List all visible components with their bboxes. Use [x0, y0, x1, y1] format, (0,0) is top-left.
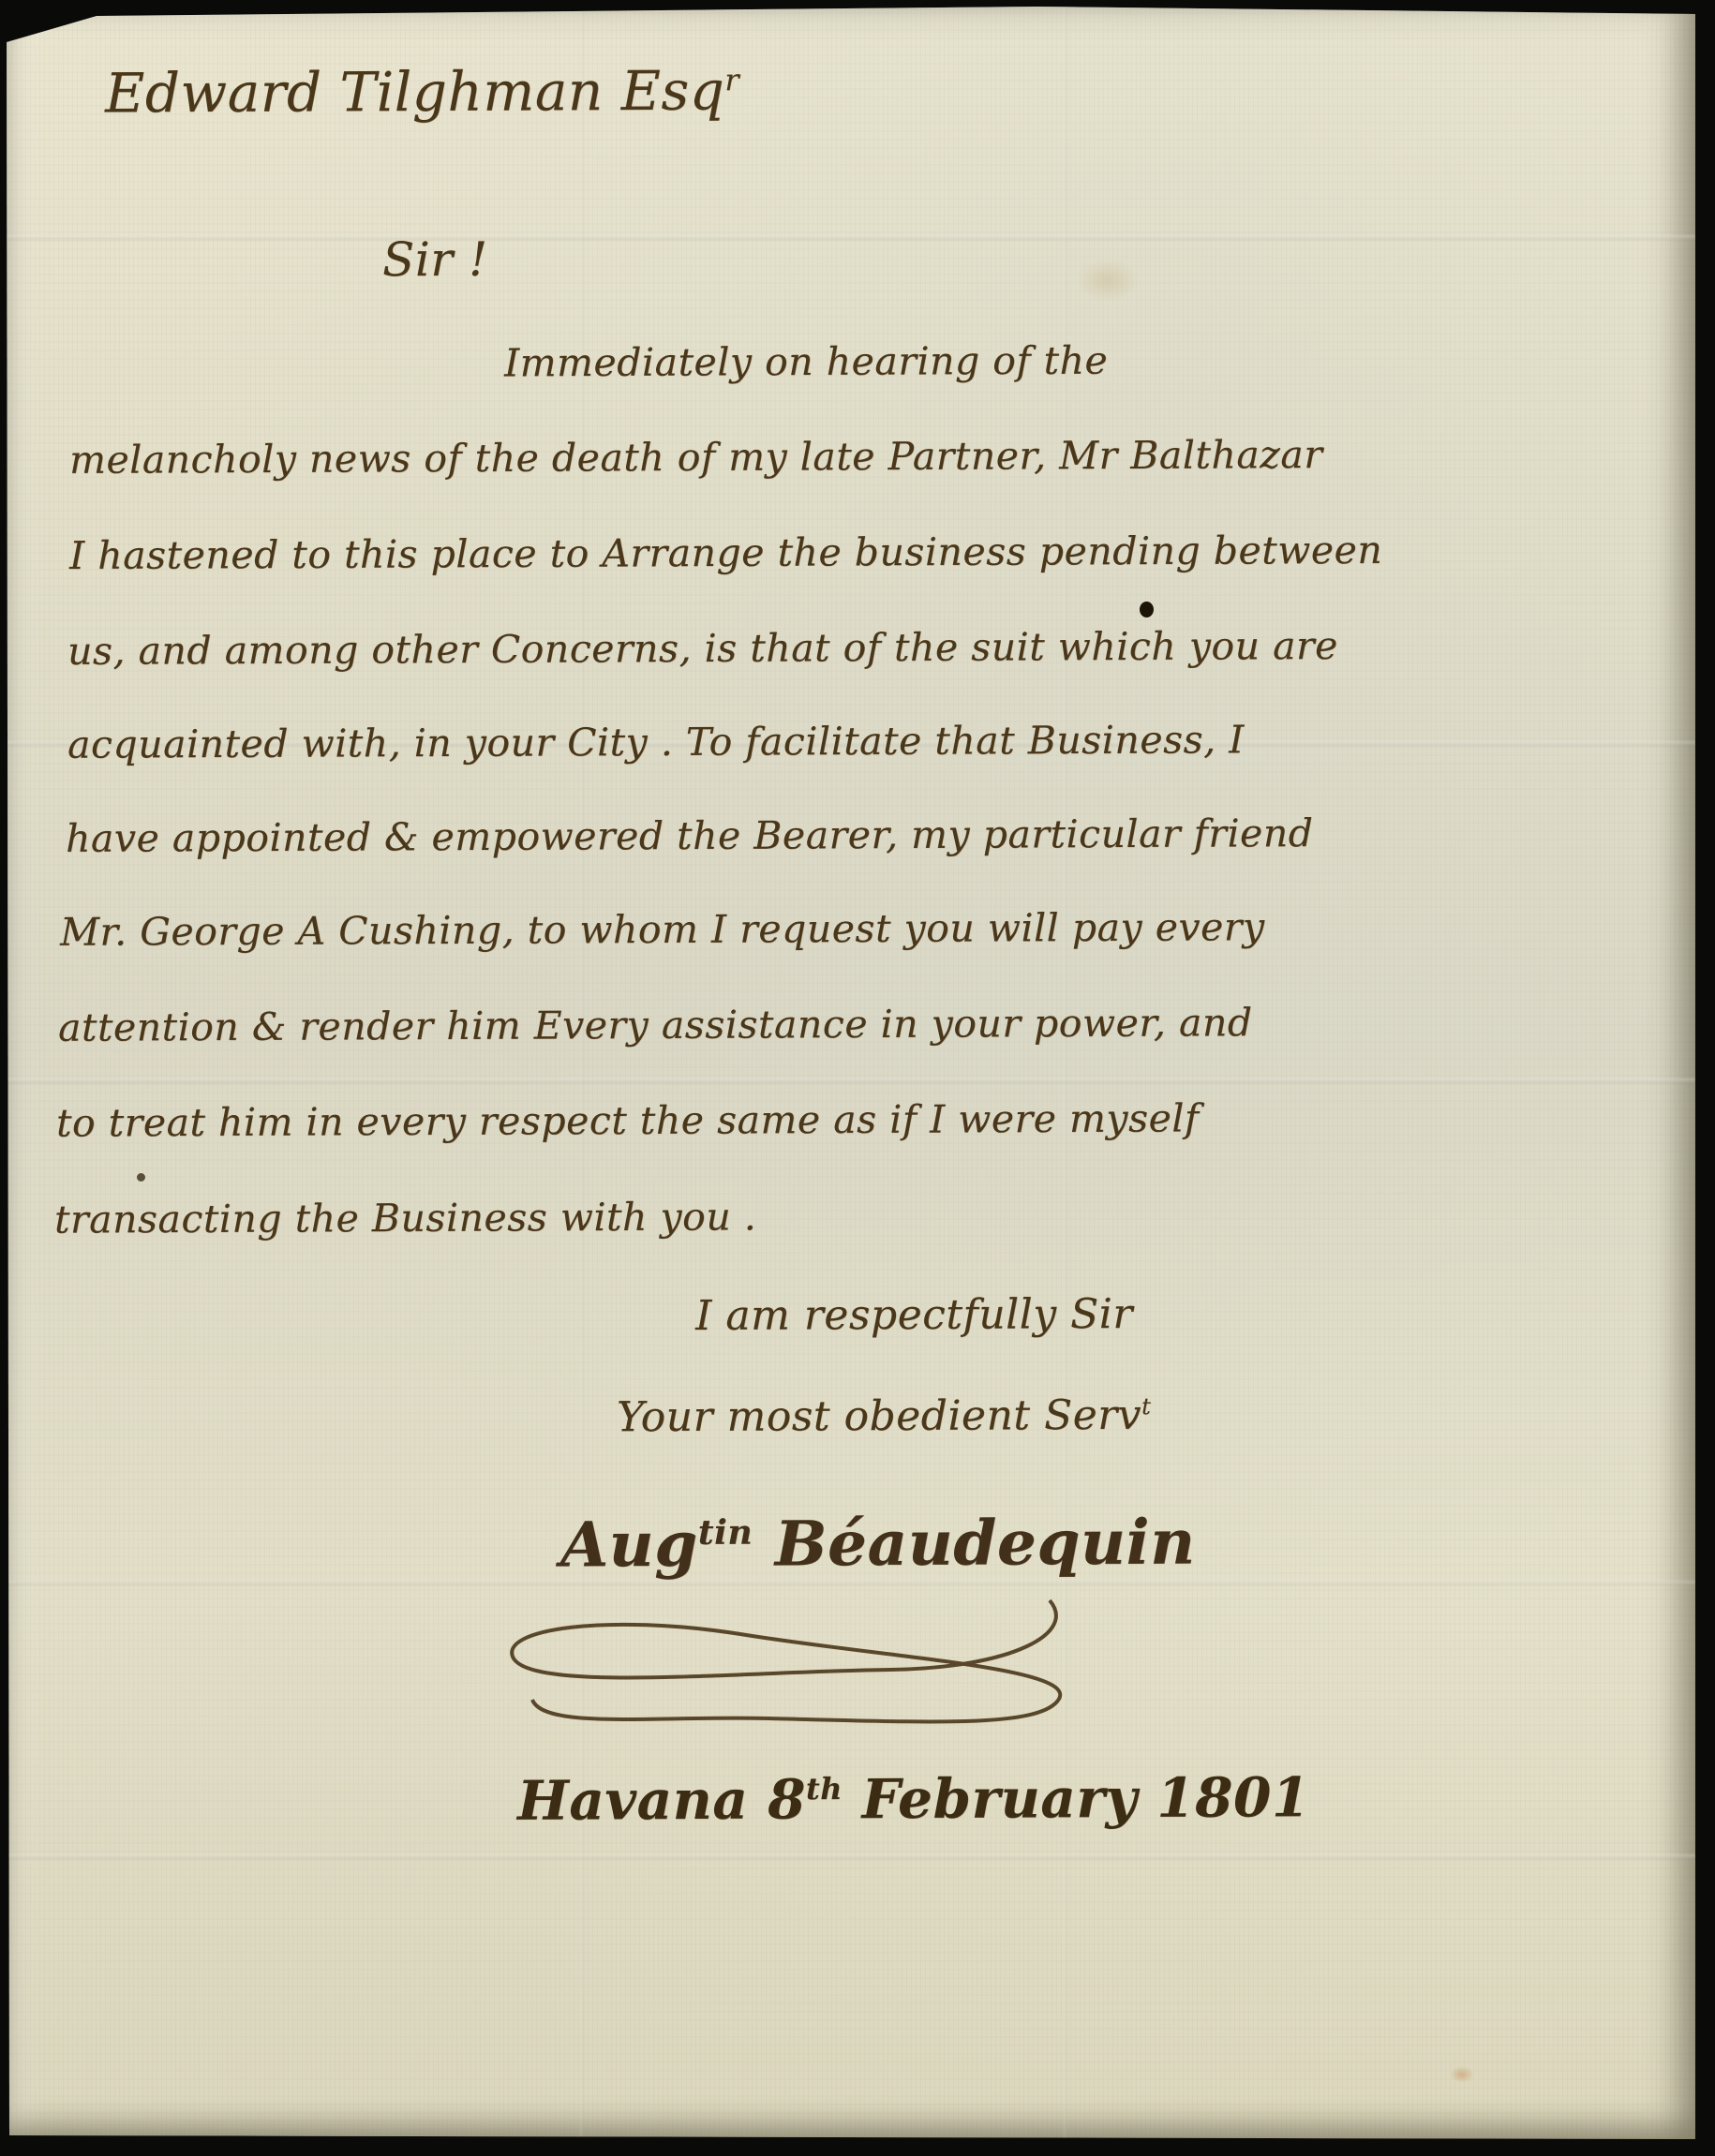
scanned-letter-page: Edward Tilghman Esqr Sir ! Immediately o…	[0, 0, 1715, 2156]
signature-superscript: tin	[698, 1512, 753, 1553]
closing-line-2: Your most obedient Servt	[617, 1391, 1152, 1441]
dateline: Havana 8th February 1801	[517, 1765, 1310, 1833]
body-line: Immediately on hearing of the	[504, 338, 1108, 386]
body-line: have appointed & empowered the Bearer, m…	[66, 810, 1314, 861]
body-line: I hastened to this place to Arrange the …	[69, 528, 1382, 578]
signature: Augtin Béaudequin	[560, 1506, 1196, 1582]
recipient-name: Edward Tilghman Esq	[105, 59, 725, 126]
letter-text-layer: Edward Tilghman Esqr Sir ! Immediately o…	[0, 0, 1715, 2156]
dateline-day-suffix: th	[806, 1771, 843, 1807]
body-line: melancholy news of the death of my late …	[69, 432, 1323, 483]
ink-blot	[137, 1173, 145, 1182]
salutation: Sir !	[382, 232, 488, 287]
body-line: to treat him in every respect the same a…	[56, 1095, 1200, 1145]
closing-line-2-text: Your most obedient Serv	[617, 1391, 1141, 1441]
signature-prefix: Aug	[560, 1508, 698, 1582]
dateline-rest: February 1801	[843, 1765, 1310, 1831]
body-line: us, and among other Concerns, is that of…	[67, 623, 1338, 674]
body-line: transacting the Business with you .	[54, 1194, 756, 1242]
signature-flourish	[487, 1582, 1096, 1760]
signature-surname: Béaudequin	[753, 1506, 1196, 1581]
ink-blot	[1140, 602, 1154, 617]
recipient-line: Edward Tilghman Esqr	[105, 59, 739, 126]
body-line: Mr. George A Cushing, to whom I request …	[60, 904, 1265, 955]
recipient-superscript: r	[724, 62, 739, 97]
dateline-day: 8	[768, 1768, 806, 1832]
closing-line-1: I am respectfully Sir	[695, 1290, 1133, 1340]
body-line: attention & render him Every assistance …	[58, 1000, 1253, 1050]
body-line: acquainted with, in your City . To facil…	[67, 717, 1245, 766]
closing-line-2-superscript: t	[1141, 1393, 1151, 1420]
dateline-place: Havana	[517, 1768, 768, 1833]
